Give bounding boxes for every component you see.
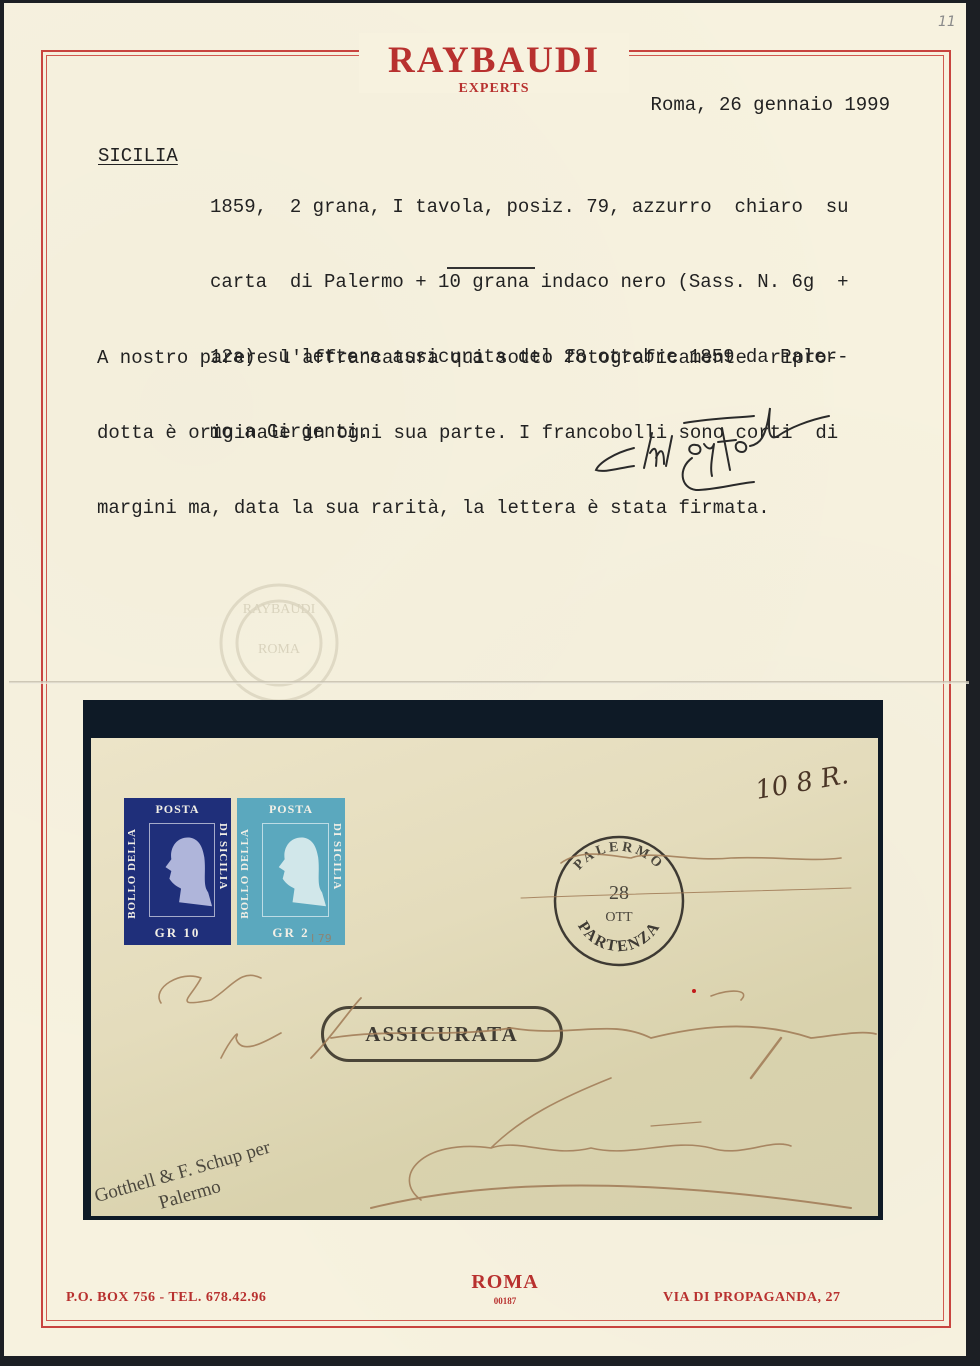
- separator-rule: [447, 267, 535, 269]
- svg-text:ROMA: ROMA: [258, 642, 301, 657]
- footer-address: VIA DI PROPAGANDA, 27: [663, 1290, 840, 1306]
- expert-signature: [584, 398, 854, 498]
- fold-crease: [9, 681, 969, 684]
- subject-line: 1859, 2 grana, I tavola, posiz. 79, azzu…: [210, 195, 849, 220]
- subject-label: SICILIA: [98, 145, 178, 167]
- letterhead: RAYBAUDI EXPERTS: [359, 33, 629, 93]
- opinion-line: margini ma, data la sua rarità, la lette…: [97, 496, 838, 521]
- footer-city: ROMA: [450, 1271, 560, 1294]
- brand-name: RAYBAUDI: [359, 41, 629, 81]
- svg-text:RAYBAUDI: RAYBAUDI: [243, 602, 316, 617]
- svg-text:I 79: I 79: [311, 932, 332, 945]
- manuscript-address: I 79: [91, 738, 878, 1216]
- cover-photograph: POSTA BOLLO DELLA DI SICILIA GR 10 POSTA…: [83, 700, 883, 1220]
- brand-subtitle: EXPERTS: [359, 81, 629, 97]
- place-date: Roma, 26 gennaio 1999: [651, 94, 890, 116]
- opinion-line: A nostro parere l'affrancatura qui sotto…: [97, 346, 838, 371]
- letter-cover: POSTA BOLLO DELLA DI SICILIA GR 10 POSTA…: [91, 738, 878, 1216]
- page-number: 11: [938, 14, 956, 30]
- footer-contact: P.O. BOX 756 - TEL. 678.42.96: [66, 1290, 266, 1306]
- footer-zip: 00187: [450, 1296, 560, 1306]
- subject-line: carta di Palermo + 10 grana indaco nero …: [210, 270, 849, 295]
